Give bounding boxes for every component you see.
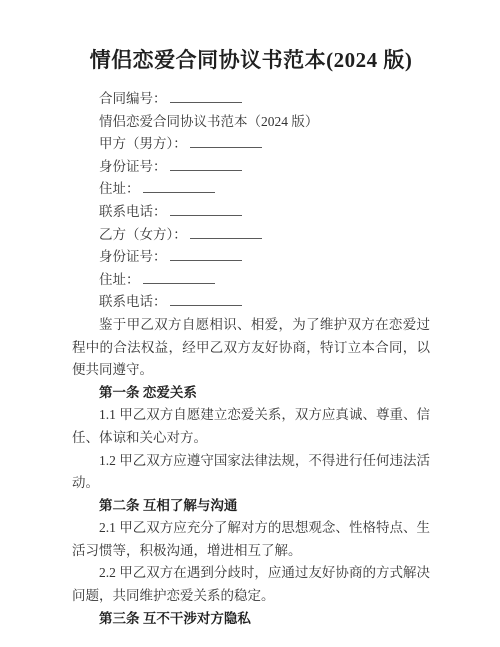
paragraph: 1.1 甲乙双方自愿建立恋爱关系，双方应真诚、尊重、信任、体谅和关心对方。: [72, 404, 430, 449]
blank-underline: [170, 203, 242, 216]
paragraph: 鉴于甲乙双方自愿相识、相爱，为了维护双方在恋爱过程中的合法权益，经甲乙双方友好协…: [72, 314, 430, 382]
form-line: 联系电话：: [72, 291, 430, 314]
document-title: 情侣恋爱合同协议书范本(2024 版): [72, 44, 430, 76]
blank-underline: [143, 271, 215, 284]
blank-underline: [170, 158, 242, 171]
form-line-label: 合同编号：: [99, 91, 167, 106]
form-line: 身份证号：: [72, 156, 430, 179]
form-line-label: 联系电话：: [99, 204, 167, 219]
document-page: 情侣恋爱合同协议书范本(2024 版) 合同编号： 情侣恋爱合同协议书范本（20…: [0, 0, 500, 647]
section-heading: 第二条 互相了解与沟通: [72, 495, 430, 518]
blank-underline: [143, 180, 215, 193]
contract-body-section: 鉴于甲乙双方自愿相识、相爱，为了维护双方在恋爱过程中的合法权益，经甲乙双方友好协…: [72, 314, 430, 630]
section-heading: 第三条 互不干涉对方隐私: [72, 608, 430, 631]
blank-underline: [170, 293, 242, 306]
form-line-label: 身份证号：: [99, 249, 167, 264]
blank-underline: [190, 135, 262, 148]
form-line: 情侣恋爱合同协议书范本（2024 版）: [72, 111, 430, 134]
form-line-label: 住址：: [99, 272, 140, 287]
paragraph: 1.2 甲乙双方应遵守国家法律法规，不得进行任何违法活动。: [72, 450, 430, 495]
form-line-label: 乙方（女方）：: [99, 227, 187, 242]
blank-underline: [190, 226, 262, 239]
paragraph: 2.2 甲乙双方在遇到分歧时，应通过友好协商的方式解决问题，共同维护恋爱关系的稳…: [72, 562, 430, 607]
section-heading: 第一条 恋爱关系: [72, 382, 430, 405]
form-line-label: 住址：: [99, 181, 140, 196]
form-line: 甲方（男方）：: [72, 133, 430, 156]
blank-underline: [170, 90, 242, 103]
form-line-label: 甲方（男方）：: [99, 136, 187, 151]
blank-underline: [170, 248, 242, 261]
form-line: 住址：: [72, 178, 430, 201]
form-line: 联系电话：: [72, 201, 430, 224]
form-line-label: 联系电话：: [99, 294, 167, 309]
form-line: 身份证号：: [72, 246, 430, 269]
form-line: 乙方（女方）：: [72, 224, 430, 247]
contract-header-form-section: 合同编号： 情侣恋爱合同协议书范本（2024 版） 甲方（男方）： 身份证号： …: [72, 88, 430, 314]
form-line-label: 身份证号：: [99, 159, 167, 174]
form-line: 住址：: [72, 269, 430, 292]
form-line-label: 情侣恋爱合同协议书范本（2024 版）: [99, 114, 318, 129]
paragraph: 2.1 甲乙双方应充分了解对方的思想观念、性格特点、生活习惯等，积极沟通，增进相…: [72, 517, 430, 562]
form-line: 合同编号：: [72, 88, 430, 111]
